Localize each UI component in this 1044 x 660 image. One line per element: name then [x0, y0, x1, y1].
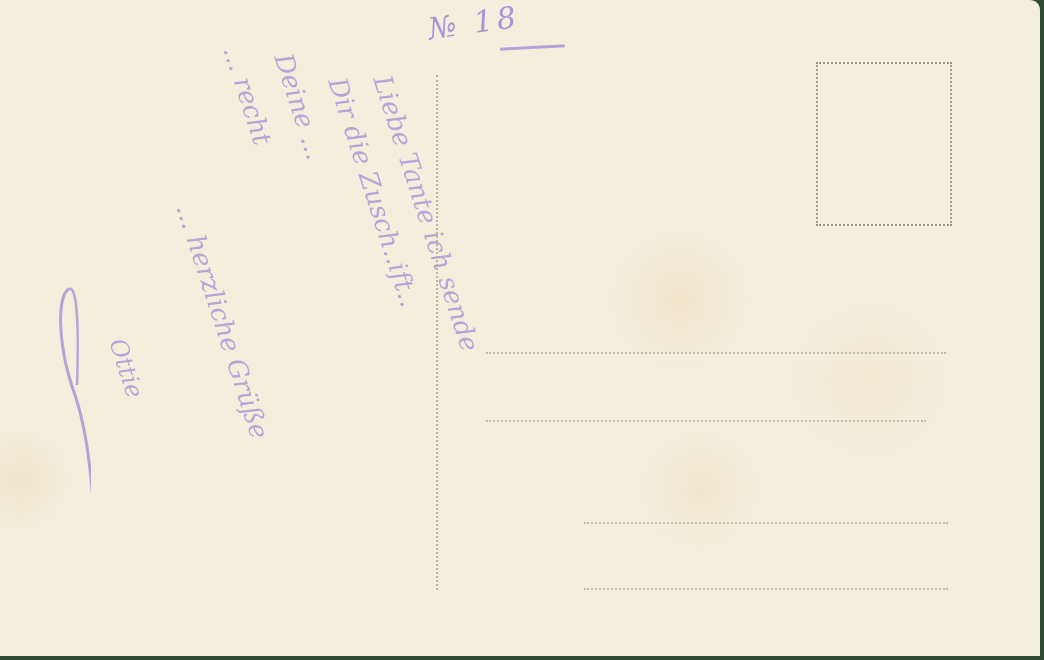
- postcard-back: № 18 Liebe Tante ich sende Dir die Zusch…: [0, 0, 1040, 656]
- signature-flourish: [55, 285, 91, 505]
- stamp-box: [816, 62, 952, 226]
- address-line-4: [584, 588, 948, 590]
- card-number-underline: [500, 44, 565, 50]
- divider-line: [436, 75, 438, 590]
- address-line-2: [486, 420, 926, 422]
- message-line-3: Deine ...: [267, 50, 329, 164]
- address-line-1: [486, 352, 946, 354]
- card-number: № 18: [426, 0, 522, 47]
- signature: Ottie: [103, 335, 148, 402]
- message-line-5: ... herzliche Grüße: [169, 200, 273, 443]
- address-line-3: [584, 522, 948, 524]
